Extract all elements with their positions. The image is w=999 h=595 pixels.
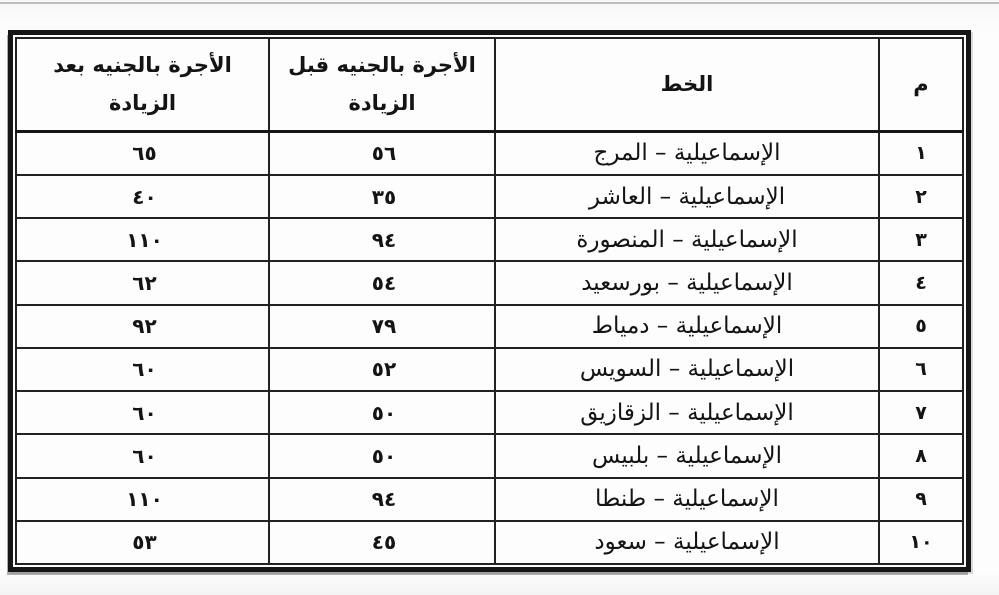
cell-row-number: ٢ (879, 175, 963, 218)
header-route: الخط (495, 38, 879, 131)
cell-fare-before: ٩٤ (269, 218, 495, 261)
table-row: ١٠ الإسماعيلية – سعود ٤٥ ٥٣ (16, 521, 963, 564)
cell-route-name: الإسماعيلية – دمياط (495, 305, 879, 348)
cell-fare-before: ٥٠ (269, 434, 495, 477)
scan-artifact-line (0, 2, 999, 4)
table-row: ٢ الإسماعيلية – العاشر ٣٥ ٤٠ (16, 175, 963, 218)
header-fare-before-line1: الأجرة بالجنيه قبل (270, 53, 494, 77)
cell-row-number: ٨ (879, 434, 963, 477)
header-fare-before: الأجرة بالجنيه قبل الزيادة (269, 38, 495, 131)
header-fare-after: الأجرة بالجنيه بعد الزيادة (16, 38, 269, 131)
table-row: ٤ الإسماعيلية – بورسعيد ٥٤ ٦٢ (16, 261, 963, 304)
cell-fare-before: ٤٥ (269, 521, 495, 564)
table-row: ٥ الإسماعيلية – دمياط ٧٩ ٩٢ (16, 305, 963, 348)
header-fare-before-line2: الزيادة (270, 91, 494, 115)
cell-row-number: ١ (879, 131, 963, 175)
cell-fare-before: ٥٦ (269, 131, 495, 175)
cell-row-number: ٩ (879, 478, 963, 521)
cell-row-number: ٣ (879, 218, 963, 261)
cell-route-name: الإسماعيلية – سعود (495, 521, 879, 564)
cell-fare-after: ٥٣ (16, 521, 269, 564)
cell-fare-after: ١١٠ (16, 478, 269, 521)
cell-route-name: الإسماعيلية – المنصورة (495, 218, 879, 261)
cell-route-name: الإسماعيلية – السويس (495, 348, 879, 391)
cell-fare-after: ٦٥ (16, 131, 269, 175)
cell-route-name: الإسماعيلية – العاشر (495, 175, 879, 218)
cell-fare-before: ٥٤ (269, 261, 495, 304)
cell-fare-after: ٦٠ (16, 391, 269, 434)
cell-fare-after: ١١٠ (16, 218, 269, 261)
cell-fare-before: ٧٩ (269, 305, 495, 348)
cell-row-number: ٧ (879, 391, 963, 434)
cell-row-number: ٦ (879, 348, 963, 391)
header-fare-after-line1: الأجرة بالجنيه بعد (17, 53, 268, 77)
cell-fare-before: ٣٥ (269, 175, 495, 218)
fare-table-frame: م الخط الأجرة بالجنيه قبل الزيادة الأجرة… (8, 30, 971, 572)
cell-fare-before: ٥٢ (269, 348, 495, 391)
cell-fare-after: ٦٢ (16, 261, 269, 304)
table-row: ٩ الإسماعيلية – طنطا ٩٤ ١١٠ (16, 478, 963, 521)
cell-fare-after: ٤٠ (16, 175, 269, 218)
cell-row-number: ٥ (879, 305, 963, 348)
table-row: ٨ الإسماعيلية – بلبيس ٥٠ ٦٠ (16, 434, 963, 477)
cell-fare-after: ٦٠ (16, 434, 269, 477)
table-row: ١ الإسماعيلية – المرج ٥٦ ٦٥ (16, 131, 963, 175)
cell-fare-after: ٩٢ (16, 305, 269, 348)
cell-row-number: ١٠ (879, 521, 963, 564)
fare-table-header: م الخط الأجرة بالجنيه قبل الزيادة الأجرة… (16, 38, 963, 131)
fare-table-frame-inner: م الخط الأجرة بالجنيه قبل الزيادة الأجرة… (13, 35, 966, 567)
cell-route-name: الإسماعيلية – المرج (495, 131, 879, 175)
cell-fare-after: ٦٠ (16, 348, 269, 391)
scanned-document-page: م الخط الأجرة بالجنيه قبل الزيادة الأجرة… (0, 0, 999, 595)
table-row: ٣ الإسماعيلية – المنصورة ٩٤ ١١٠ (16, 218, 963, 261)
table-row: ٧ الإسماعيلية – الزقازيق ٥٠ ٦٠ (16, 391, 963, 434)
cell-route-name: الإسماعيلية – بورسعيد (495, 261, 879, 304)
header-index: م (879, 38, 963, 131)
cell-fare-before: ٩٤ (269, 478, 495, 521)
cell-route-name: الإسماعيلية – الزقازيق (495, 391, 879, 434)
fare-table: م الخط الأجرة بالجنيه قبل الزيادة الأجرة… (15, 37, 964, 565)
cell-row-number: ٤ (879, 261, 963, 304)
table-row: ٦ الإسماعيلية – السويس ٥٢ ٦٠ (16, 348, 963, 391)
header-row: م الخط الأجرة بالجنيه قبل الزيادة الأجرة… (16, 38, 963, 131)
cell-route-name: الإسماعيلية – طنطا (495, 478, 879, 521)
cell-route-name: الإسماعيلية – بلبيس (495, 434, 879, 477)
cell-fare-before: ٥٠ (269, 391, 495, 434)
header-fare-after-line2: الزيادة (17, 91, 268, 115)
fare-table-body: ١ الإسماعيلية – المرج ٥٦ ٦٥ ٢ الإسماعيلي… (16, 131, 963, 564)
